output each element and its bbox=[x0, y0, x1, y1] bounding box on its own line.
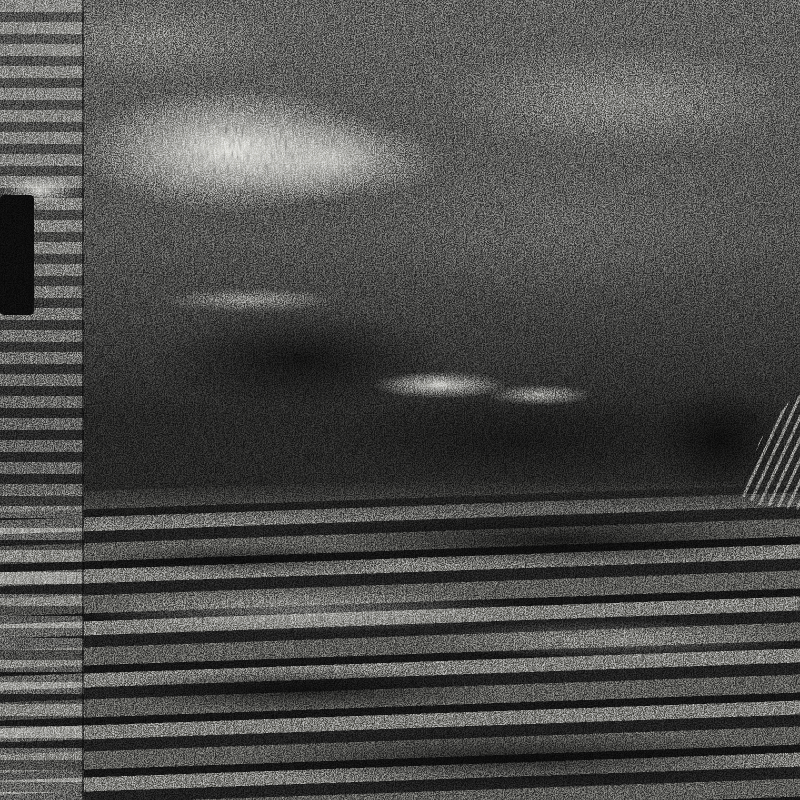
speckle-svg bbox=[0, 0, 800, 800]
charcoal-speckle-texture bbox=[0, 0, 800, 800]
charcoal-landscape-artwork bbox=[0, 0, 800, 800]
